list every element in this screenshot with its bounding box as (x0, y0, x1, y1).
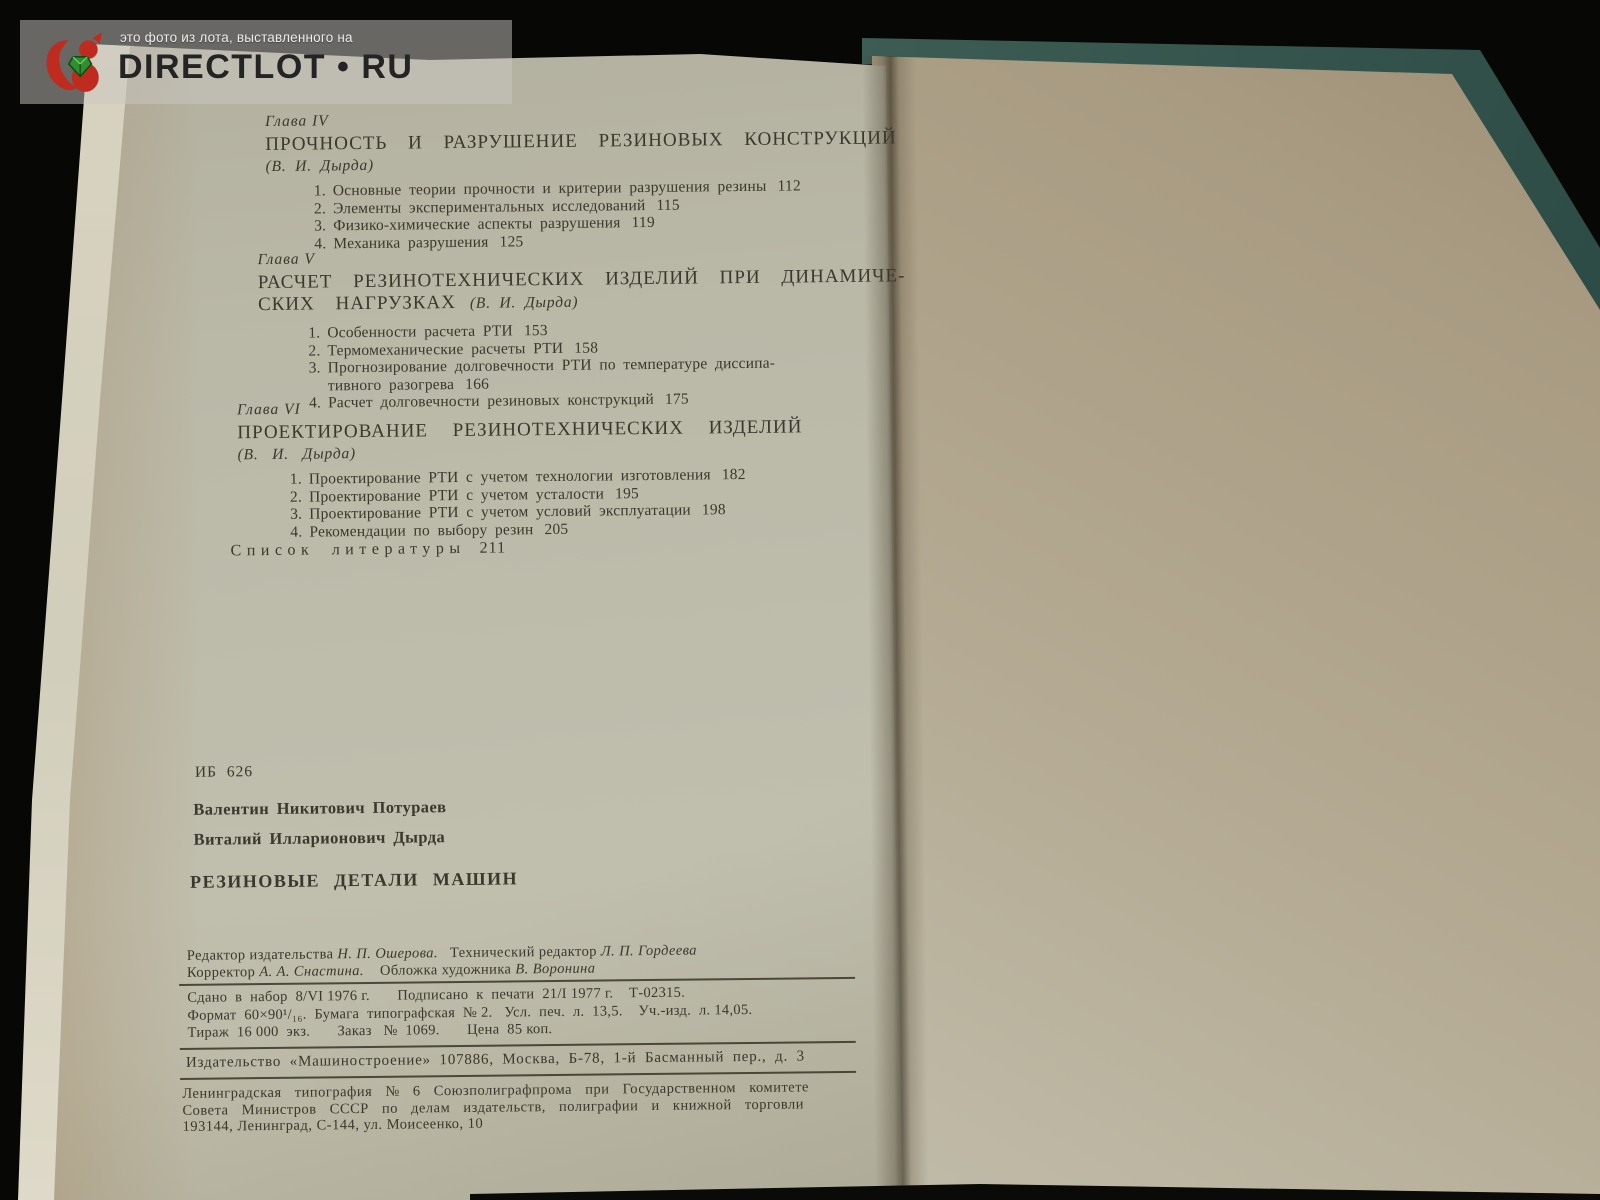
toc-item-page: 198 (702, 501, 726, 518)
toc-item-page: 115 (656, 196, 679, 213)
watermark: это фото из лота, выставленного на DIREC… (20, 20, 512, 104)
imprint-block: Сдано в набор 8/VI 1976 г. Подписано к п… (187, 983, 848, 1042)
editor-name: В. Воронина (515, 960, 595, 977)
toc-item-number: 3. (282, 506, 302, 524)
toc-item-page: 119 (631, 214, 654, 231)
toc-item-number: 2. (300, 342, 320, 360)
chapter-6-author: (В. И. Дырда) (237, 438, 802, 466)
toc-item-page: 166 (465, 375, 489, 392)
toc-item-text: тивного разогрева (328, 376, 454, 394)
watermark-brand: DIRECTLOT • RU (118, 48, 413, 87)
publisher-line: Издательство «Машиностроение» 107886, Мо… (186, 1048, 805, 1071)
author-name: Виталий Илларионович Дырда (194, 827, 447, 850)
authors-block: Валентин Никитович Потураев Виталий Илла… (193, 797, 447, 860)
book-title: РЕЗИНОВЫЕ ДЕТАЛИ МАШИН (190, 868, 518, 892)
author-name: Валентин Никитович Потураев (193, 797, 446, 820)
toc-item-text: Рекомендации по выбору резин (309, 521, 533, 540)
toc-item-page: 112 (778, 177, 801, 194)
watermark-note: это фото из лота, выставленного на (120, 30, 353, 45)
ib-number: ИБ 626 (195, 763, 253, 782)
toc-item-page: 153 (524, 322, 548, 339)
chapter-6: Глава VI ПРОЕКТИРОВАНИЕ РЕЗИНОТЕХНИЧЕСКИ… (237, 395, 803, 541)
toc-item-number: 1. (306, 182, 326, 200)
toc-item-number: 3. (301, 359, 321, 377)
editors-role: Технический редактор (438, 944, 601, 962)
literature-label: Список литературы (231, 540, 466, 559)
toc-item-text: Особенности расчета РТИ (327, 322, 513, 341)
literature-reference: Список литературы211 (231, 540, 507, 561)
editors-role: Редактор издательства (187, 946, 338, 964)
toc-item-page: 182 (722, 466, 746, 483)
toc-item-number: 1. (282, 471, 302, 489)
toc-item-text: Проектирование РТИ с учетом технологии и… (309, 466, 711, 487)
toc-item-page: 205 (544, 520, 568, 537)
squirrel-logo-icon (42, 32, 108, 94)
toc-item-number: 1. (300, 324, 320, 342)
toc-item-text: Физико-химические аспекты разрушения (333, 214, 621, 234)
divider-rule (180, 1071, 856, 1080)
editors-role: Обложка художника (364, 961, 516, 979)
editor-name: Н. П. Ошерова. (337, 945, 438, 962)
toc-item-text: Термомеханические расчеты РТИ (327, 339, 563, 358)
editors-role: Корректор (187, 964, 259, 981)
toc-item-number: 2. (306, 200, 326, 218)
chapter-6-toc: 1.Проектирование РТИ с учетом технологии… (282, 465, 804, 540)
editor-name: А. А. Снастина. (259, 963, 364, 980)
printer-block: Ленинградская типография № 6 Союзполигра… (182, 1079, 854, 1136)
editors-block: Редактор издательства Н. П. Ошерова. Тех… (187, 941, 842, 981)
book-photo: Глава IV ПРОЧНОСТЬ И РАЗРУШЕНИЕ РЕЗИНОВЫ… (0, 0, 1600, 1200)
chapter-5-author: (В. И. Дырда) (470, 294, 579, 312)
page-text: Глава IV ПРОЧНОСТЬ И РАЗРУШЕНИЕ РЕЗИНОВЫ… (170, 105, 841, 1176)
toc-item-number: 2. (282, 488, 302, 506)
chapter-4-toc: 1.Основные теории прочности и критерии р… (306, 176, 898, 252)
editor-name: Л. П. Гордеева (601, 943, 697, 960)
toc-item-number: 3. (306, 217, 326, 235)
toc-item-page: 158 (574, 339, 598, 356)
literature-page: 211 (480, 540, 507, 557)
chapter-5: Глава V РАСЧЕТ РЕЗИНОТЕХНИЧЕСКИХ ИЗДЕЛИЙ… (257, 244, 906, 412)
chapter-5-title-line-2-text: СКИХ НАГРУЗКАХ (258, 292, 456, 315)
chapter-4-label: Глава IV (265, 106, 896, 131)
toc-item-page: 195 (615, 485, 639, 502)
chapter-4: Глава IV ПРОЧНОСТЬ И РАЗРУШЕНИЕ РЕЗИНОВЫ… (265, 106, 898, 253)
toc-item-text: Проектирование РТИ с учетом условий эксп… (309, 502, 691, 523)
toc-item-number: 4. (282, 523, 302, 541)
